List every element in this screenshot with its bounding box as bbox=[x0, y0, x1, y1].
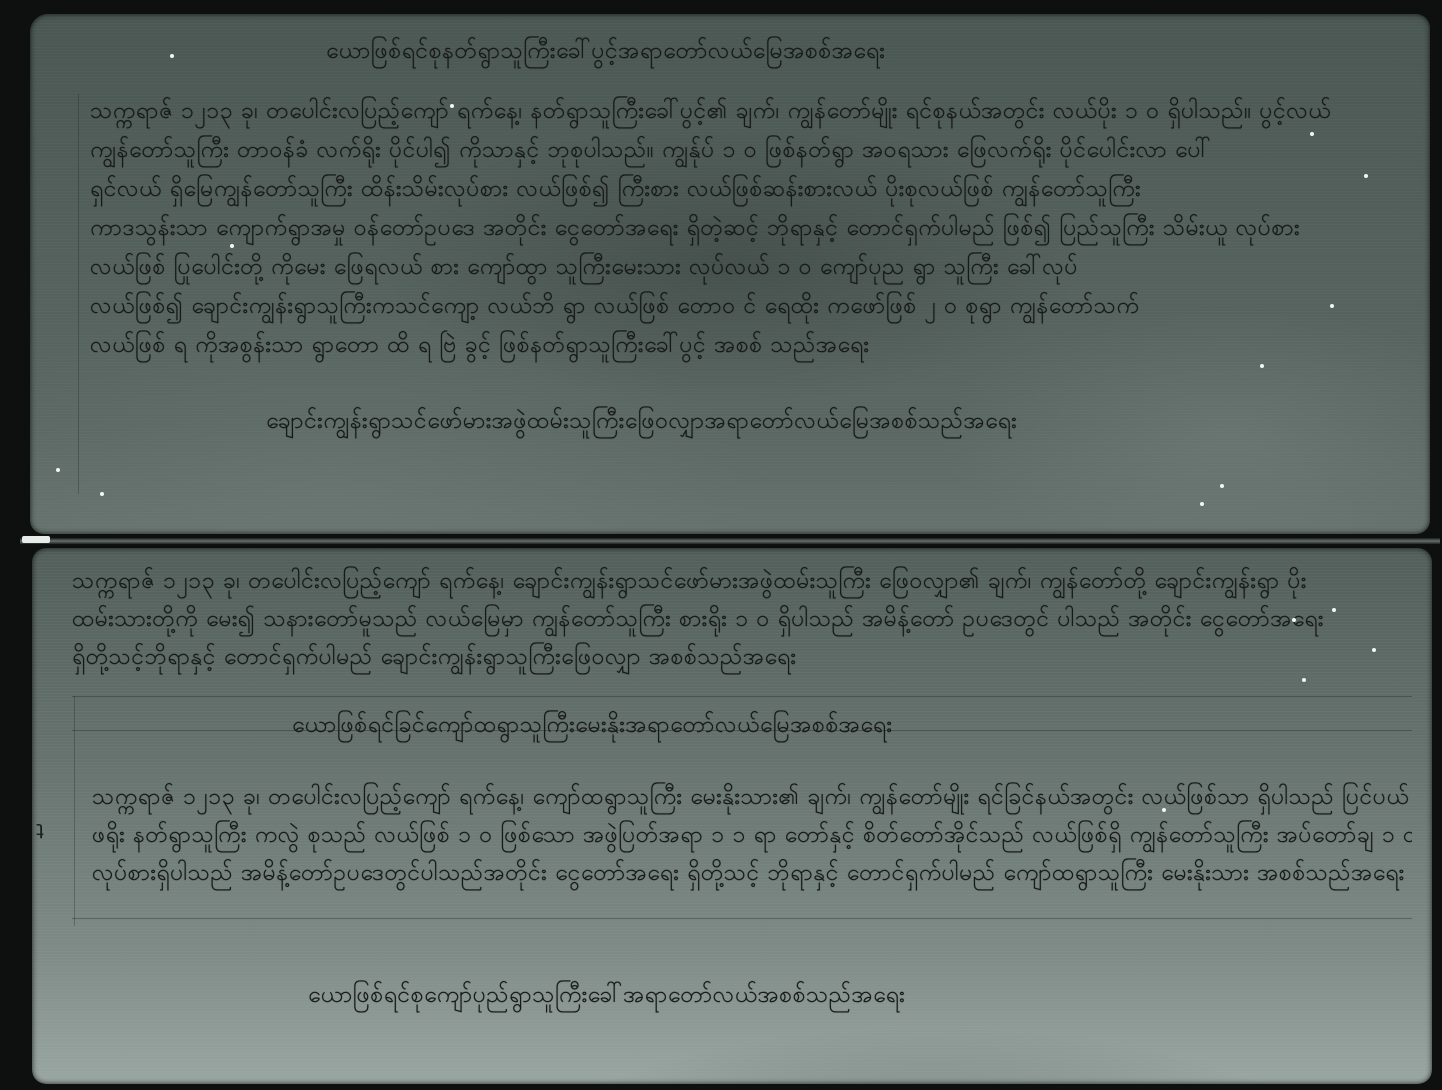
leaf-top-line-7: လယ်ဖြစ် ရ ကိုအစွန်းသာ ရွာတော ထိ ရ ဗြဲ ခွ… bbox=[90, 330, 1090, 364]
dust-speck bbox=[170, 54, 174, 58]
leaf-bottom-line-4: သက္ကရာဇ် ၁၂၁၃ ခု၊ တပေါင်းလပြည့်ကျော် ရက်… bbox=[92, 782, 1412, 816]
dust-speck bbox=[450, 104, 454, 108]
leaf-top-subtitle: ချောင်းကျွန်းရွာသင်ဖော်မားအဖွဲထမ်းသူကြီး… bbox=[266, 406, 1136, 440]
dust-speck bbox=[230, 244, 234, 248]
dust-speck bbox=[100, 492, 104, 496]
dust-speck bbox=[1364, 174, 1368, 178]
photograph: ယောဖြစ်ရင်စုနတ်ရွာသူကြီးခေါ်ပွင့်အရာတော်… bbox=[0, 0, 1442, 1090]
dust-speck bbox=[56, 468, 60, 472]
margin-rule bbox=[78, 94, 79, 494]
margin-mark: ʇ bbox=[36, 816, 44, 840]
dust-speck bbox=[1332, 608, 1336, 612]
leaf-top-line-6: လယ်ဖြစ်၍ ချောင်းကျွန်းရွာသူကြီးကသင်ကျော့… bbox=[90, 291, 1390, 325]
leaf-top-title: ယောဖြစ်ရင်စုနတ်ရွာသူကြီးခေါ်ပွင့်အရာတော်… bbox=[326, 36, 1126, 70]
dust-speck bbox=[1162, 808, 1166, 812]
dust-speck bbox=[1372, 648, 1376, 652]
dust-speck bbox=[1302, 678, 1306, 682]
leaf-tear-highlight bbox=[22, 536, 50, 543]
leaf-top-line-2: ကျွန်တော်သူကြီး တာဝန်ခံ လက်ရိုး ပိုင်ပါ၍… bbox=[90, 135, 1390, 169]
manuscript-leaf-top: ယောဖြစ်ရင်စုနတ်ရွာသူကြီးခေါ်ပွင့်အရာတော်… bbox=[30, 14, 1430, 534]
leaf-bottom-line-6: လုပ်စားရှိပါသည် အမိန့်တော်ဥပဒေတွင်ပါသည်အ… bbox=[92, 858, 1412, 892]
leaf-bottom-line-3: ရှိတို့သင့်ဘိုရာနှင့် တောင်ရှက်ပါမည် ချေ… bbox=[72, 642, 932, 676]
ruling-line bbox=[72, 696, 1412, 697]
leaf-separator bbox=[20, 538, 1440, 544]
leaf-bottom-title-2: ယောဖြစ်ရင်ခြင်ကျော်ထရွာသူကြီးမေးနိုးအရာတ… bbox=[292, 710, 1132, 744]
leaf-top-line-5: လယ်ဖြစ် ပြုပေါင်းတို့ ကိုမေး ဖြေရလယ် စား… bbox=[90, 252, 1390, 286]
dust-speck bbox=[1220, 484, 1224, 488]
leaf-top-line-1: သက္ကရာဇ် ၁၂၁၃ ခု၊ တပေါင်းလပြည့်ကျော် ရက်… bbox=[90, 96, 1390, 130]
margin-rule bbox=[74, 696, 75, 926]
dust-speck bbox=[1260, 364, 1264, 368]
leaf-top-line-4: ကာဒသွန်းသာ ကျောက်ရွာအမှု ဝန်တော်ဥပဒေ အတိ… bbox=[90, 213, 1390, 247]
leaf-bottom-title-3: ယောဖြစ်ရင်စုကျော်ပုည်ရွာသူကြီးခေါ်အရာတော… bbox=[308, 980, 1108, 1014]
ruling-line bbox=[72, 918, 1412, 919]
leaf-bottom-line-5: ဖရိုး နတ်ရွာသူကြီး ကလွဲ စုသည် လယ်ဖြစ် ၁ … bbox=[92, 820, 1412, 854]
dust-speck bbox=[1292, 618, 1296, 622]
leaf-top-line-3: ရှင်လယ် ရှိမြေကျွန်တော်သူကြီး ထိန်းသိမ်း… bbox=[90, 174, 1390, 208]
manuscript-leaf-bottom: သက္ကရာဇ် ၁၂၁၃ ခု၊ တပေါင်းလပြည့်ကျော် ရက်… bbox=[32, 548, 1432, 1084]
leaf-bottom-line-1: သက္ကရာဇ် ၁၂၁၃ ခု၊ တပေါင်းလပြည့်ကျော် ရက်… bbox=[72, 566, 1412, 600]
leaf-bottom-line-2: ထမ်းသားတို့ကို မေး၍ သနားတော်မူသည် လယ်မြေ… bbox=[72, 604, 1412, 638]
dust-speck bbox=[1330, 304, 1334, 308]
dust-speck bbox=[1310, 132, 1314, 136]
dust-speck bbox=[1200, 502, 1204, 506]
